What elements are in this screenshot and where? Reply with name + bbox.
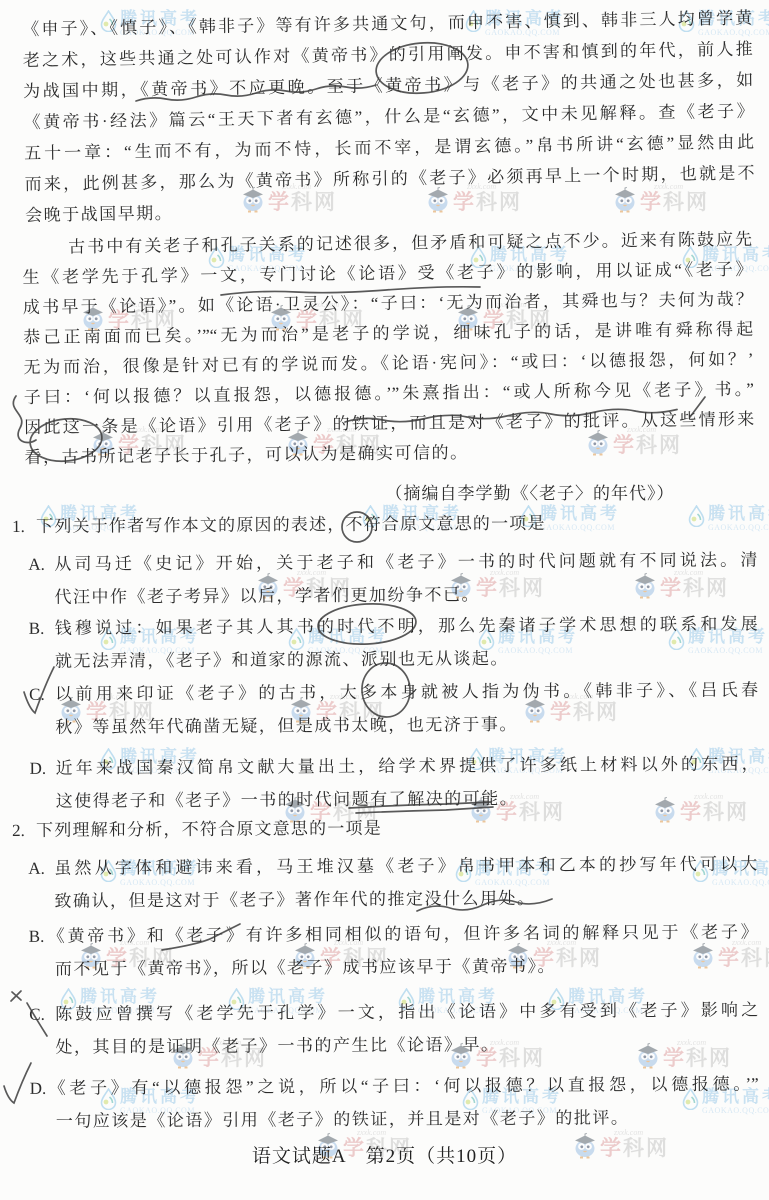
question-1-stem: 1.下列关于作者写作本文的原因的表述，不符合原文意思的一项是 — [12, 507, 757, 542]
option-text-line-1: 虽然从字体和避讳来看，马王堆汉墓《老子》帛书甲本和乙本的抄写年代可以大 — [54, 847, 757, 884]
paragraph-1: 《申子》、《慎子》、《韩非子》等有许多共通文句，而申不害、慎到、韩非三人均曾学黄… — [22, 3, 755, 231]
exam-paper-page: 腾讯高考GAOKAO.QQ.COM腾讯高考GAOKAO.QQ.COM腾讯高考GA… — [0, 0, 769, 1200]
question-2-stem: 2.下列理解和分析，不符合原文意思的一项是 — [12, 811, 757, 846]
question-2-option-C: C.陈鼓应曾撰写《老学先于孔学》一文，指出《论语》中多有受到《老子》影响之处，其… — [29, 993, 758, 1063]
text-layer: 《申子》、《慎子》、《韩非子》等有许多共通文句，而申不害、慎到、韩非三人均曾学黄… — [0, 0, 769, 1200]
source-attribution: （摘编自李学勤《〈老子〉的年代》） — [380, 479, 680, 504]
option-label: C. — [29, 998, 55, 1031]
question-1-option-D: D.近年来战国秦汉简帛文献大量出土，给学术界提供了许多纸上材料以外的东西，这使得… — [29, 747, 758, 817]
option-text-line-2: 秋》等虽然年代确凿无疑，但是成书太晚，也无济于事。 — [29, 706, 758, 743]
option-text-line-1: 近年来战国秦汉简帛文献大量出土，给学术界提供了许多纸上材料以外的东西， — [55, 747, 758, 784]
option-text-line-2: 一句应该是《论语》引用《老子》的铁证，并且是对《老子》的批评。 — [30, 1100, 759, 1137]
question-2-option-A: A.虽然从字体和避讳来看，马王堆汉墓《老子》帛书甲本和乙本的抄写年代可以大致确认… — [28, 847, 757, 917]
option-text-line-1: 钱穆说过：如果老子其人其书的时代不明，那么先秦诸子学术思想的联系和发展 — [55, 607, 758, 644]
option-label: A. — [28, 852, 54, 885]
option-text-line-2: 就无法弄清，《老子》和道家的源流、派别也无从谈起。 — [29, 640, 758, 677]
option-label: C. — [29, 678, 55, 711]
question-1-option-B: B.钱穆说过：如果老子其人其书的时代不明，那么先秦诸子学术思想的联系和发展就无法… — [29, 607, 758, 677]
question-2-option-B: B.《黄帝书》和《老子》有许多相同相似的语句，但许多名词的解释只见于《老子》而不… — [29, 915, 758, 985]
question-2-option-D: D.《老子》有“以德报怨”之说，所以“子曰：‘何以报德？以直报怨，以德报德。’”… — [30, 1067, 759, 1137]
question-stem-text: 下列理解和分析，不符合原文意思的一项是 — [36, 819, 382, 840]
paragraph-2: 古书中有关老子和孔子关系的记述很多，但矛盾和可疑之点不少。近来有陈鼓应先生《老学… — [22, 225, 755, 473]
question-1: 1.下列关于作者写作本文的原因的表述，不符合原文意思的一项是A.从司马迁《史记》… — [12, 507, 757, 542]
option-text-line-2: 致确认，但是这对于《老子》著作年代的推定没什么用处。 — [28, 880, 757, 917]
question-stem-text: 下列关于作者写作本文的原因的表述，不符合原文意思的一项是 — [36, 514, 546, 536]
option-label: D. — [30, 1072, 49, 1105]
question-number: 1. — [12, 512, 36, 542]
option-text-line-2: 而不见于《黄帝书》，所以《老子》成书应该早于《黄帝书》。 — [29, 948, 758, 985]
question-1-option-C: C.以前用来印证《老子》的古书，大多本身就被人指为伪书。《韩非子》、《吕氏春秋》… — [29, 673, 758, 743]
page-footer: 语文试题A 第2页（共10页） — [0, 1141, 769, 1168]
option-text-line-1: 《黄帝书》和《老子》有许多相同相似的语句，但许多名词的解释只见于《老子》 — [48, 915, 758, 952]
question-number: 2. — [12, 816, 36, 846]
option-text-line-1: 以前用来印证《老子》的古书，大多本身就被人指为伪书。《韩非子》、《吕氏春 — [55, 673, 758, 710]
option-text-line-1: 陈鼓应曾撰写《老学先于孔学》一文，指出《论语》中多有受到《老子》影响之 — [55, 993, 758, 1030]
question-2: 2.下列理解和分析，不符合原文意思的一项是A.虽然从字体和避讳来看，马王堆汉墓《… — [12, 811, 757, 846]
option-label: B. — [29, 612, 55, 645]
option-label: D. — [29, 752, 55, 785]
question-1-option-A: A.从司马迁《史记》开始，关于老子和《老子》一书的时代问题就有不同说法。清代汪中… — [28, 543, 757, 613]
option-text-line-2: 处，其目的是证明《老子》一书的产生比《论语》早。 — [29, 1026, 758, 1063]
option-label: A. — [28, 548, 54, 581]
option-text-line-1: 《老子》有“以德报怨”之说，所以“子曰：‘何以报德？以直报怨，以德报德。’” — [49, 1067, 759, 1104]
option-text-line-1: 从司马迁《史记》开始，关于老子和《老子》一书的时代问题就有不同说法。清 — [54, 543, 757, 580]
option-label: B. — [29, 920, 48, 953]
